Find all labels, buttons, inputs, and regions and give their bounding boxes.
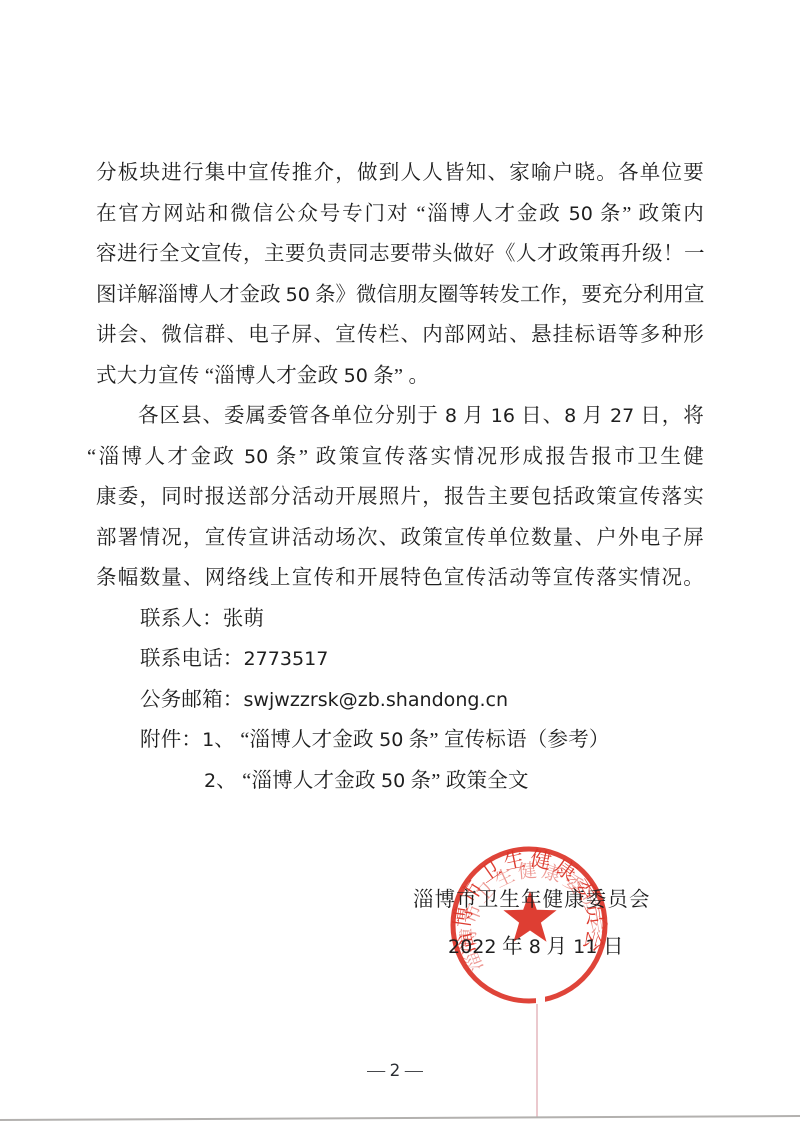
body-line: 分板块进行集中宣传推介，做到人人皆知、家喻户晓。各单位要 [96,153,704,194]
document-page: 分板块进行集中宣传推介，做到人人皆知、家喻户晓。各单位要在官方网站和微信公众号专… [0,0,800,1130]
latin-text: 8 [529,936,541,958]
body-line: 附件：1、 “淄博人才金政 50 条” 宣传标语（参考） [96,720,704,761]
body-line: 条幅数量、网络线上宣传和开展特色宣传活动等宣传落实情况。 [96,558,704,599]
official-seal: 淄博市卫生健康委员会 淄博市卫生健康委员会 [446,842,612,1008]
latin-text: 8 [564,405,576,427]
body-line: 讲会、微信群、电子屏、宣传栏、内部网站、悬挂标语等多种形 [96,315,704,356]
latin-text: 27 [610,405,634,427]
body-line: 部署情况，宣传宣讲活动场次、政策宣传单位数量、户外电子屏 [96,518,704,559]
latin-text: 50 [244,446,268,468]
body-line: 在官方网站和微信公众号专门对 “淄博人才金政 50 条” 政策内 [96,194,704,235]
latin-text: swjwzzrsk@zb.shandong.cn [244,689,509,711]
latin-text: 50 [379,729,403,751]
body-line: 联系电话：2773517 [96,639,704,680]
latin-text: 11 [573,936,597,958]
latin-text: 50 [381,770,405,792]
body-line: 联系人：张萌 [96,599,704,640]
latin-text: 8 [445,405,457,427]
body-line: 各区县、委属委管各单位分别于 8 月 16 日、8 月 27 日，将 [96,396,704,437]
body-line: 容进行全文宣传，主要负责同志要带头做好《人才政策再升级！一 [96,234,704,275]
signature-date: 2022 年 8 月 11 日 [448,929,624,959]
latin-text: 2 [204,770,216,792]
latin-text: 50 [569,203,593,225]
body-line: “淄博人才金政 50 条” 政策宣传落实情况形成报告报市卫生健 [87,437,704,478]
seal-ring-gap [536,995,545,1004]
signature-org: 淄博市卫生年健康委员会 [413,882,651,912]
latin-text: 50 [344,365,368,387]
body-line: 康委，同时报送部分活动开展照片，报告主要包括政策宣传落实 [96,477,704,518]
latin-text: 1 [202,729,214,751]
body-line: 式大力宣传 “淄博人才金政 50 条” 。 [96,356,704,397]
latin-text: 2 [390,1060,401,1080]
scan-bottom-edge [0,1115,800,1121]
page-number: — 2 — [340,1060,450,1081]
body-text: 分板块进行集中宣传推介，做到人人皆知、家喻户晓。各单位要在官方网站和微信公众号专… [96,153,704,801]
latin-text: 50 [286,284,310,306]
latin-text: 16 [491,405,515,427]
body-line: 图详解淄博人才金政 50 条》微信朋友圈等转发工作，要充分利用宣 [96,275,704,316]
body-line: 公务邮箱：swjwzzrsk@zb.shandong.cn [96,680,704,721]
scan-crease-line [536,1004,538,1118]
latin-text: 2022 [448,936,496,958]
body-line: 2、 “淄博人才金政 50 条” 政策全文 [96,761,704,802]
latin-text: 2773517 [244,648,329,670]
